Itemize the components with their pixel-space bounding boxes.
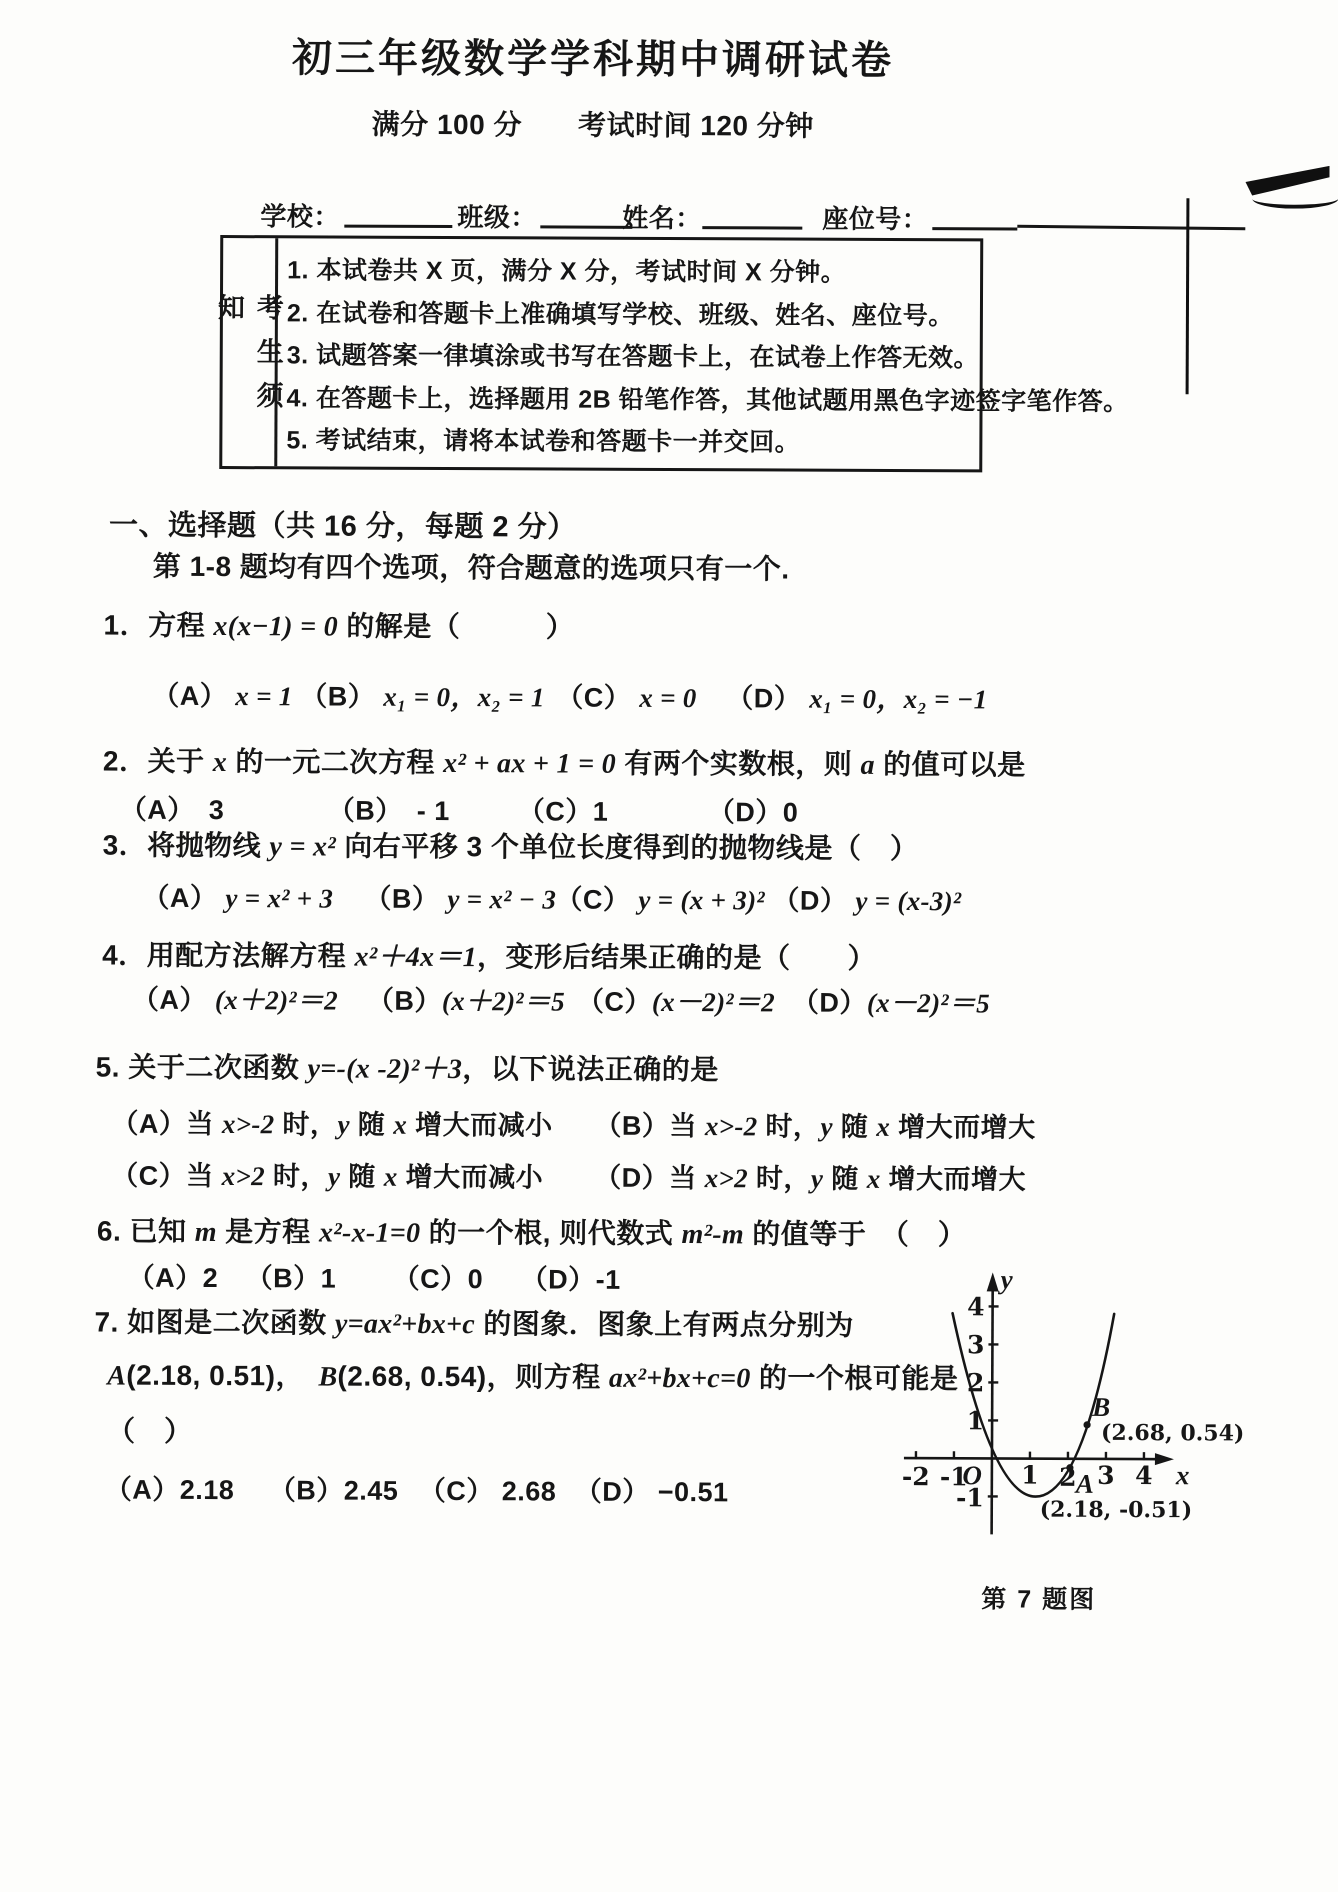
x-axis (904, 1458, 1162, 1459)
q3-option-b: （B） y = x² − 3 (364, 877, 556, 917)
subtitle-exam-time: 考试时间 120 分钟 (578, 110, 814, 142)
q4-stem: 4．用配方法解方程 x²＋4x＝1，变形后结果正确的是（ ） (102, 934, 876, 977)
q3-options: （A） y = x² + 3 （B） y = x² − 3 （C） y = (x… (0, 875, 1337, 921)
field-label-school: 学校： (260, 196, 340, 233)
x-tick-2: 2 (1059, 1463, 1077, 1492)
q7-stem-line1: 7. 如图是二次函数 y=ax²+bx+c 的图象．图象上有两点分别为 (94, 1300, 853, 1343)
x-tick-1: 1 (1021, 1461, 1039, 1490)
q3-stem: 3．将抛物线 y = x² 向右平移 3 个单位长度得到的抛物线是（ ） (103, 824, 919, 868)
q1-option-a: （A） x = 1 (152, 674, 293, 714)
x-axis-label: x (1175, 1460, 1190, 1490)
field-underline-seat (932, 227, 1017, 230)
q1-options: （A） x = 1 （B） x₁ = 0，x₂ = 1 （C） x = 0 （D… (0, 673, 1338, 715)
q7-option-d: （D） −0.51 (575, 1470, 729, 1510)
q7-option-c: （C） 2.68 (419, 1469, 557, 1509)
x-axis-arrow-icon (1155, 1453, 1174, 1465)
q6-option-c: （C）0 (393, 1257, 484, 1296)
field-underline-school (344, 225, 452, 228)
scan-artifact-stray-line (1017, 225, 1245, 231)
q6-option-a: （A）2 (128, 1256, 219, 1295)
y-tick-3: 3 (967, 1330, 985, 1359)
subtitle-full-score: 满分 100 分 (372, 109, 522, 141)
q6-option-d: （D）-1 (521, 1257, 621, 1296)
field-underline-class (540, 225, 632, 228)
scan-artifact-hook (1252, 189, 1338, 209)
notice-box: 考生须知 1. 本试卷共 X 页，满分 X 分，考试时间 X 分钟。 2. 在试… (219, 235, 983, 472)
q6-stem: 6. 已知 m 是方程 x²-x-1=0 的一个根, 则代数式 m²-m 的值等… (97, 1210, 967, 1254)
y-axis-arrow-icon (987, 1272, 999, 1291)
q1-option-c: （C） x = 0 (556, 676, 697, 716)
q2-option-b: （B） - 1 (328, 789, 450, 829)
q7-option-b: （B）2.45 (269, 1468, 399, 1508)
notice-item-list: 1. 本试卷共 X 页，满分 X 分，考试时间 X 分钟。 2. 在试卷和答题卡… (286, 247, 1129, 463)
point-a-label: A (1074, 1469, 1094, 1499)
field-label-class: 班级： (457, 197, 537, 234)
q5-options-row1: （A）当 x>-2 时，y 随 x 增大而减小 （B）当 x>-2 时，y 随 … (0, 1101, 1336, 1143)
question7-figure: y x O 1 2 3 4 -1 -2 -1 1 2 3 4 B (2.68, … (892, 1268, 1333, 1560)
q7-stem-line3: （ ） (107, 1410, 193, 1450)
q5-option-c: （C）当 x>2 时，y 随 x 增大而减小 (111, 1154, 543, 1195)
x-tick-neg1: -1 (940, 1462, 968, 1491)
notice-item-5: 5. 考试结束，请将本试卷和答题卡一并交回。 (286, 417, 1128, 463)
point-a-coords: (2.18, -0.51) (1040, 1497, 1193, 1524)
notice-item-3: 3. 试题答案一律填涂或书写在答题卡上，在试卷上作答无效。 (287, 332, 1129, 378)
q7-stem-line2: A(2.18, 0.51)， B(2.68, 0.54)，则方程 ax²+bx+… (107, 1354, 958, 1398)
q5-options-row2: （C）当 x>2 时，y 随 x 增大而减小 （D）当 x>2 时，y 随 x … (0, 1153, 1336, 1195)
field-label-name: 姓名： (622, 198, 702, 235)
notice-item-1: 1. 本试卷共 X 页，满分 X 分，考试时间 X 分钟。 (287, 247, 1129, 293)
q2-options: （A） 3 （B） - 1 （C）1 （D）0 (0, 787, 1338, 829)
q5-option-d: （D）当 x>2 时，y 随 x 增大而增大 (594, 1156, 1026, 1197)
notice-item-4: 4. 在答题卡上，选择题用 2B 铅笔作答，其他试题用黑色字迹签字笔作答。 (286, 375, 1128, 421)
x-tick-3: 3 (1097, 1461, 1115, 1490)
q3-option-d: （D） y = (x-3)² (772, 878, 961, 918)
q1-stem: 1．方程 x(x−1) = 0 的解是（ ） (103, 604, 574, 646)
q4-option-b: （B）(x＋2)²＝5 (367, 979, 565, 1019)
x-tick-4: 4 (1135, 1461, 1153, 1490)
point-b-dot (1083, 1421, 1090, 1428)
q1-option-b: （B） x₁ = 0，x₂ = 1 (300, 674, 545, 714)
q7-option-a: （A）2.18 (105, 1468, 235, 1508)
q3-option-c: （C） y = (x + 3)² (555, 878, 765, 918)
y-axis-label: y (998, 1268, 1014, 1295)
figure-caption: 第 7 题图 (981, 1579, 1096, 1616)
field-underline-name (702, 226, 802, 229)
y-tick-1: 1 (967, 1406, 985, 1435)
exam-subtitle: 满分 100 分考试时间 120 分钟 (3, 101, 1183, 146)
x-tick-neg2: -2 (902, 1462, 930, 1491)
q6-option-b: （B）1 (246, 1256, 337, 1295)
notice-side-cell: 考生须知 (222, 238, 278, 466)
q4-option-d: （D）(x－2)²＝5 (792, 981, 990, 1021)
q1-option-d: （D） x₁ = 0，x₂ = −1 (726, 676, 987, 716)
q5-stem: 5. 关于二次函数 y=-(x -2)²＋3，以下说法正确的是 (96, 1046, 719, 1089)
q5-option-b: （B）当 x>-2 时，y 随 x 增大而增大 (594, 1104, 1035, 1145)
notice-item-2: 2. 在试卷和答题卡上准确填写学校、班级、姓名、座位号。 (287, 290, 1129, 336)
q5-option-a: （A）当 x>-2 时，y 随 x 增大而减小 (111, 1102, 552, 1143)
y-tick-4: 4 (967, 1292, 985, 1321)
notice-side-label: 考生须知 (209, 293, 288, 466)
point-b-coords: (2.68, 0.54) (1101, 1420, 1244, 1447)
q4-option-a: （A） (x＋2)²＝2 (132, 978, 338, 1018)
q4-option-c: （C）(x－2)²＝2 (577, 980, 775, 1020)
q2-option-d: （D）0 (708, 790, 799, 829)
q3-option-a: （A） y = x² + 3 (142, 876, 333, 916)
point-b-label: B (1091, 1392, 1110, 1422)
q2-option-c: （C）1 (518, 789, 609, 828)
field-label-seat: 座位号： (822, 199, 928, 236)
q2-option-a: （A） 3 (120, 788, 225, 827)
section-heading: 一、选择题（共 16 分，每题 2 分） (109, 503, 577, 546)
y-tick-2: 2 (967, 1368, 985, 1397)
exam-paper-page: 初三年级数学学科期中调研试卷 满分 100 分考试时间 120 分钟 学校： 班… (0, 0, 1338, 1892)
q4-options: （A） (x＋2)²＝2 （B）(x＋2)²＝5 （C）(x－2)²＝2 （D）… (0, 977, 1337, 1023)
q2-stem: 2．关于 x 的一元二次方程 x² + ax + 1 = 0 有两个实数根，则 … (103, 740, 1026, 784)
section-note: 第 1-8 题均有四个选项，符合题意的选项只有一个. (153, 545, 790, 588)
page-title: 初三年级数学学科期中调研试卷 (3, 25, 1183, 87)
scan-artifact-edge-line (1186, 198, 1190, 394)
